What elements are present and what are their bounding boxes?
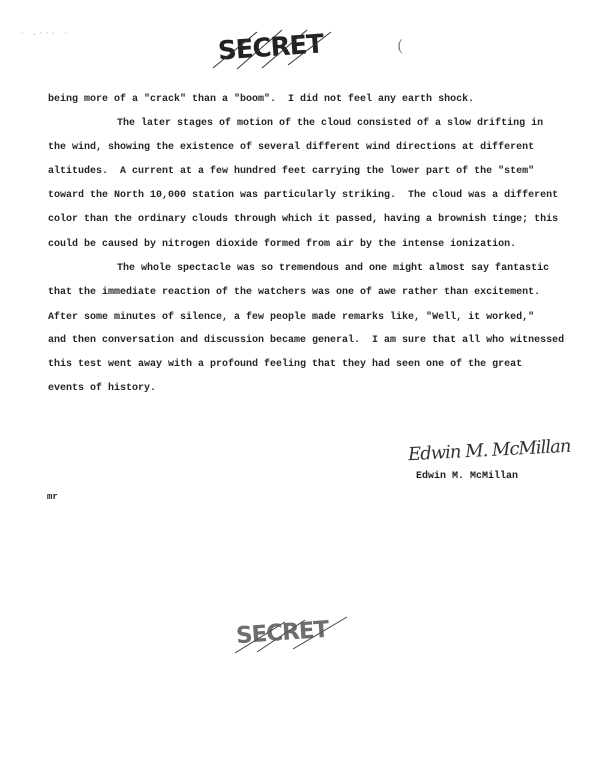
text-line: The whole spectacle was so tremendous an… — [117, 263, 549, 275]
handwritten-signature: Edwin M. McMillan — [408, 436, 571, 465]
stray-mark: ( — [397, 36, 403, 55]
typist-initials: mr — [47, 492, 58, 502]
text-line: that the immediate reaction of the watch… — [48, 287, 540, 299]
document-page: · .·-· · SECRET ( being more of a "crack… — [0, 0, 600, 777]
text-line: and then conversation and discussion bec… — [48, 335, 564, 347]
text-line: events of history. — [48, 383, 156, 395]
text-line: After some minutes of silence, a few peo… — [48, 312, 534, 324]
scan-specks: · .·-· · — [20, 30, 70, 38]
text-line: the wind, showing the existence of sever… — [48, 142, 534, 154]
text-line: altitudes. A current at a few hundred fe… — [48, 166, 534, 178]
text-line: The later stages of motion of the cloud … — [117, 118, 543, 130]
text-line: could be caused by nitrogen dioxide form… — [48, 239, 516, 251]
text-line: being more of a "crack" than a "boom". I… — [48, 94, 474, 106]
secret-stamp-header: SECRET — [217, 29, 324, 66]
secret-stamp-footer: SECRET — [235, 617, 329, 649]
text-line: color than the ordinary clouds through w… — [48, 214, 558, 226]
text-line: this test went away with a profound feel… — [48, 359, 522, 371]
typed-signature-name: Edwin M. McMillan — [416, 471, 518, 482]
text-line: toward the North 10,000 station was part… — [48, 190, 558, 202]
